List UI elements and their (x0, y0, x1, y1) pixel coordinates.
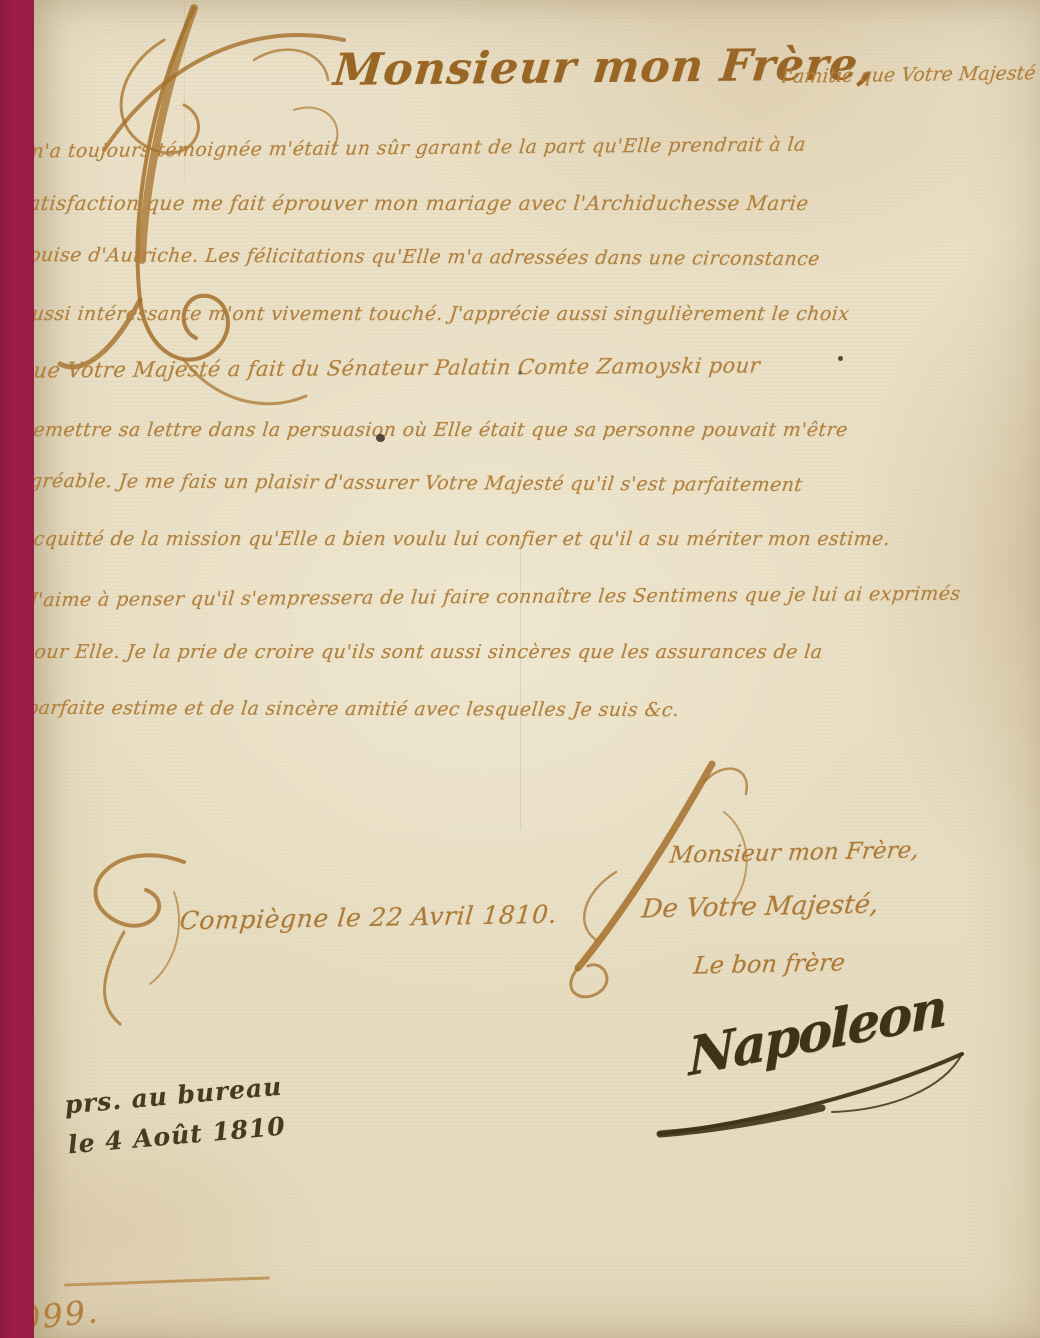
ink-speck (518, 371, 522, 375)
closing-line-3: Le bon frère (692, 948, 846, 979)
dateline: Compiègne le 22 Avril 1810. (178, 900, 558, 936)
registry-note: prs. au bureau le 4 Août 1810 (63, 1067, 287, 1166)
body-line: remettre sa lettre dans la persuasion où… (23, 419, 849, 441)
letter-page: Monsieur mon Frère, l'amitié que Votre M… (34, 0, 1040, 1338)
closing-line-2: De Votre Majesté, (640, 890, 880, 925)
body-line: que Votre Majesté a fait du Sénateur Pal… (19, 353, 762, 382)
paper-crease (520, 540, 521, 830)
paper-crease (184, 0, 185, 180)
ink-speck (838, 356, 843, 361)
body-line: acquitté de la mission qu'Elle a bien vo… (21, 528, 892, 550)
body-line: parfaite estime et de la sincère amitié … (25, 697, 681, 721)
body-line: J'aime à penser qu'il s'empressera de lu… (29, 583, 962, 611)
signature-flourish (642, 1028, 992, 1148)
binding-strip (0, 0, 34, 1338)
body-line: aussi intéressante m'ont vivement touché… (19, 303, 851, 325)
opening-line: l'amitié que Votre Majesté (781, 62, 1037, 88)
body-line: satisfaction que me fait éprouver mon ma… (17, 191, 810, 215)
body-line: agréable. Je me fais un plaisir d'assure… (17, 470, 804, 496)
body-line: Louise d'Autriche. Les félicitations qu'… (15, 244, 821, 270)
ink-speck (376, 434, 385, 442)
ink-stroke (64, 1276, 270, 1286)
body-line: pour Elle. Je la prie de croire qu'ils s… (21, 641, 824, 663)
closing-line-1: Monsieur mon Frère, (668, 837, 920, 868)
